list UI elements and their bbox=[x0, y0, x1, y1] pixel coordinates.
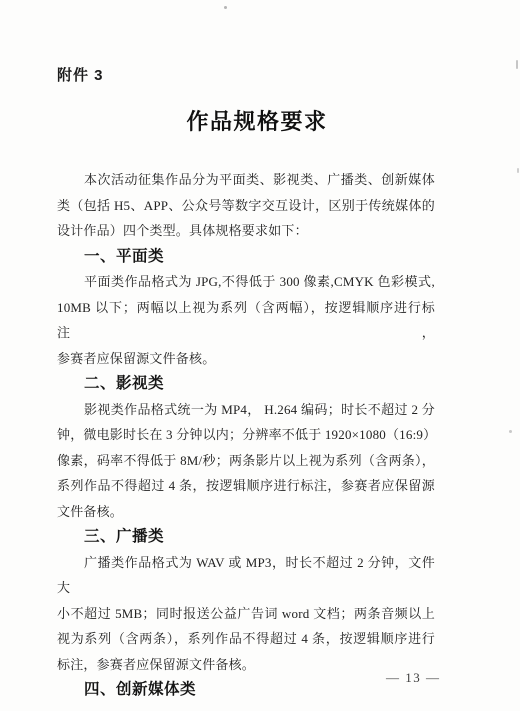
body-line: 视为系列（含两条），系列作品不得超过 4 条，按逻辑顺序进行 bbox=[57, 626, 435, 652]
body-line: 10MB 以下；两幅以上视为系列（含两幅），按逻辑顺序进行标注， bbox=[57, 295, 435, 346]
body-line: 本次活动征集作品分为平面类、影视类、广播类、创新媒体 bbox=[57, 167, 435, 193]
body-line: 类（包括 H5、APP、公众号等数字交互设计，区别于传统媒体的 bbox=[57, 193, 435, 219]
document-title: 作品规格要求 bbox=[57, 105, 435, 136]
section-heading-radio: 三、广播类 bbox=[57, 524, 435, 550]
section-heading-video: 二、影视类 bbox=[57, 371, 435, 397]
body-line: 影视类作品格式统一为 MP4， H.264 编码；时长不超过 2 分 bbox=[57, 397, 435, 423]
scan-speck bbox=[224, 6, 227, 9]
body-line: 小不超过 5MB；同时报送公益广告词 word 文档；两条音频以上 bbox=[57, 601, 435, 627]
scan-speck bbox=[517, 168, 519, 173]
scanned-document-page: 附件 3 作品规格要求 本次活动征集作品分为平面类、影视类、广播类、创新媒体 类… bbox=[0, 0, 520, 711]
body-line: 钟，微电影时长在 3 分钟以内；分辨率不低于 1920×1080（16:9） bbox=[57, 422, 435, 448]
section-heading-graphic: 一、平面类 bbox=[57, 244, 435, 270]
scan-speck bbox=[516, 60, 518, 69]
body-line: 平面类作品格式为 JPG,不得低于 300 像素,CMYK 色彩模式, bbox=[57, 269, 435, 295]
body-line: 标注，参赛者应保留源文件备核。 bbox=[57, 652, 435, 678]
body-line: 像素，码率不得低于 8M/秒；两条影片以上视为系列（含两条）， bbox=[57, 448, 435, 474]
body-line: 文件备核。 bbox=[57, 499, 435, 525]
attachment-label: 附件 3 bbox=[57, 64, 104, 85]
section-heading-newmedia: 四、创新媒体类 bbox=[57, 677, 435, 703]
document-body: 本次活动征集作品分为平面类、影视类、广播类、创新媒体 类（包括 H5、APP、公… bbox=[57, 167, 435, 703]
body-line: 参赛者应保留源文件备核。 bbox=[57, 346, 435, 372]
page-number: — 13 — bbox=[386, 670, 441, 686]
body-line: 广播类作品格式为 WAV 或 MP3，时长不超过 2 分钟，文件大 bbox=[57, 550, 435, 601]
body-line: 设计作品）四个类型。具体规格要求如下： bbox=[57, 218, 435, 244]
scan-speck bbox=[509, 430, 512, 433]
body-line: 系列作品不得超过 4 条，按逻辑顺序进行标注，参赛者应保留源 bbox=[57, 473, 435, 499]
